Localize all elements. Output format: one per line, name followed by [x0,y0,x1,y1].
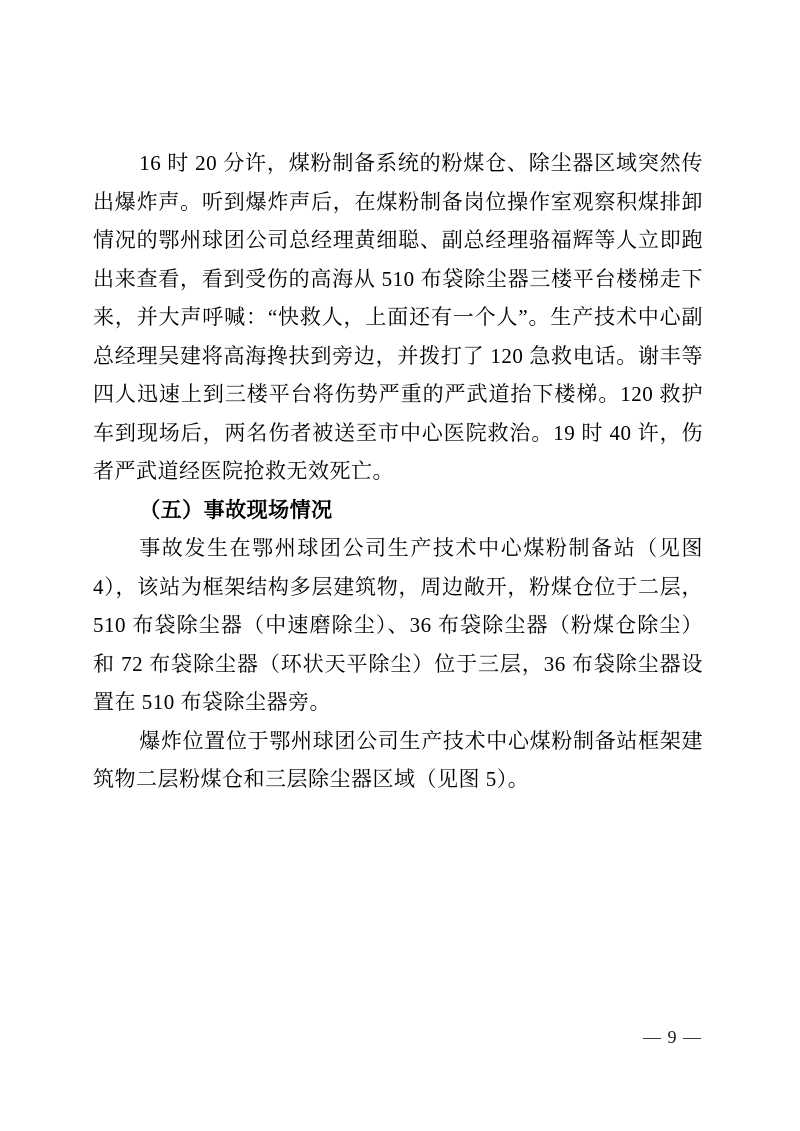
paragraph-site-description: 事故发生在鄂州球团公司生产技术中心煤粉制备站（见图 4），该站为框架结构多层建筑… [93,529,703,722]
page-number: — 9 — [643,1025,702,1049]
document-page: 16 时 20 分许，煤粉制备系统的粉煤仓、除尘器区域突然传出爆炸声。听到爆炸声… [0,0,800,1131]
section-heading-accident-scene: （五）事故现场情况 [93,491,703,530]
document-body: 16 时 20 分许，煤粉制备系统的粉煤仓、除尘器区域突然传出爆炸声。听到爆炸声… [93,144,703,799]
paragraph-rescue-narrative: 16 时 20 分许，煤粉制备系统的粉煤仓、除尘器区域突然传出爆炸声。听到爆炸声… [93,144,703,491]
paragraph-explosion-location: 爆炸位置位于鄂州球团公司生产技术中心煤粉制备站框架建筑物二层粉煤仓和三层除尘器区… [93,722,703,799]
